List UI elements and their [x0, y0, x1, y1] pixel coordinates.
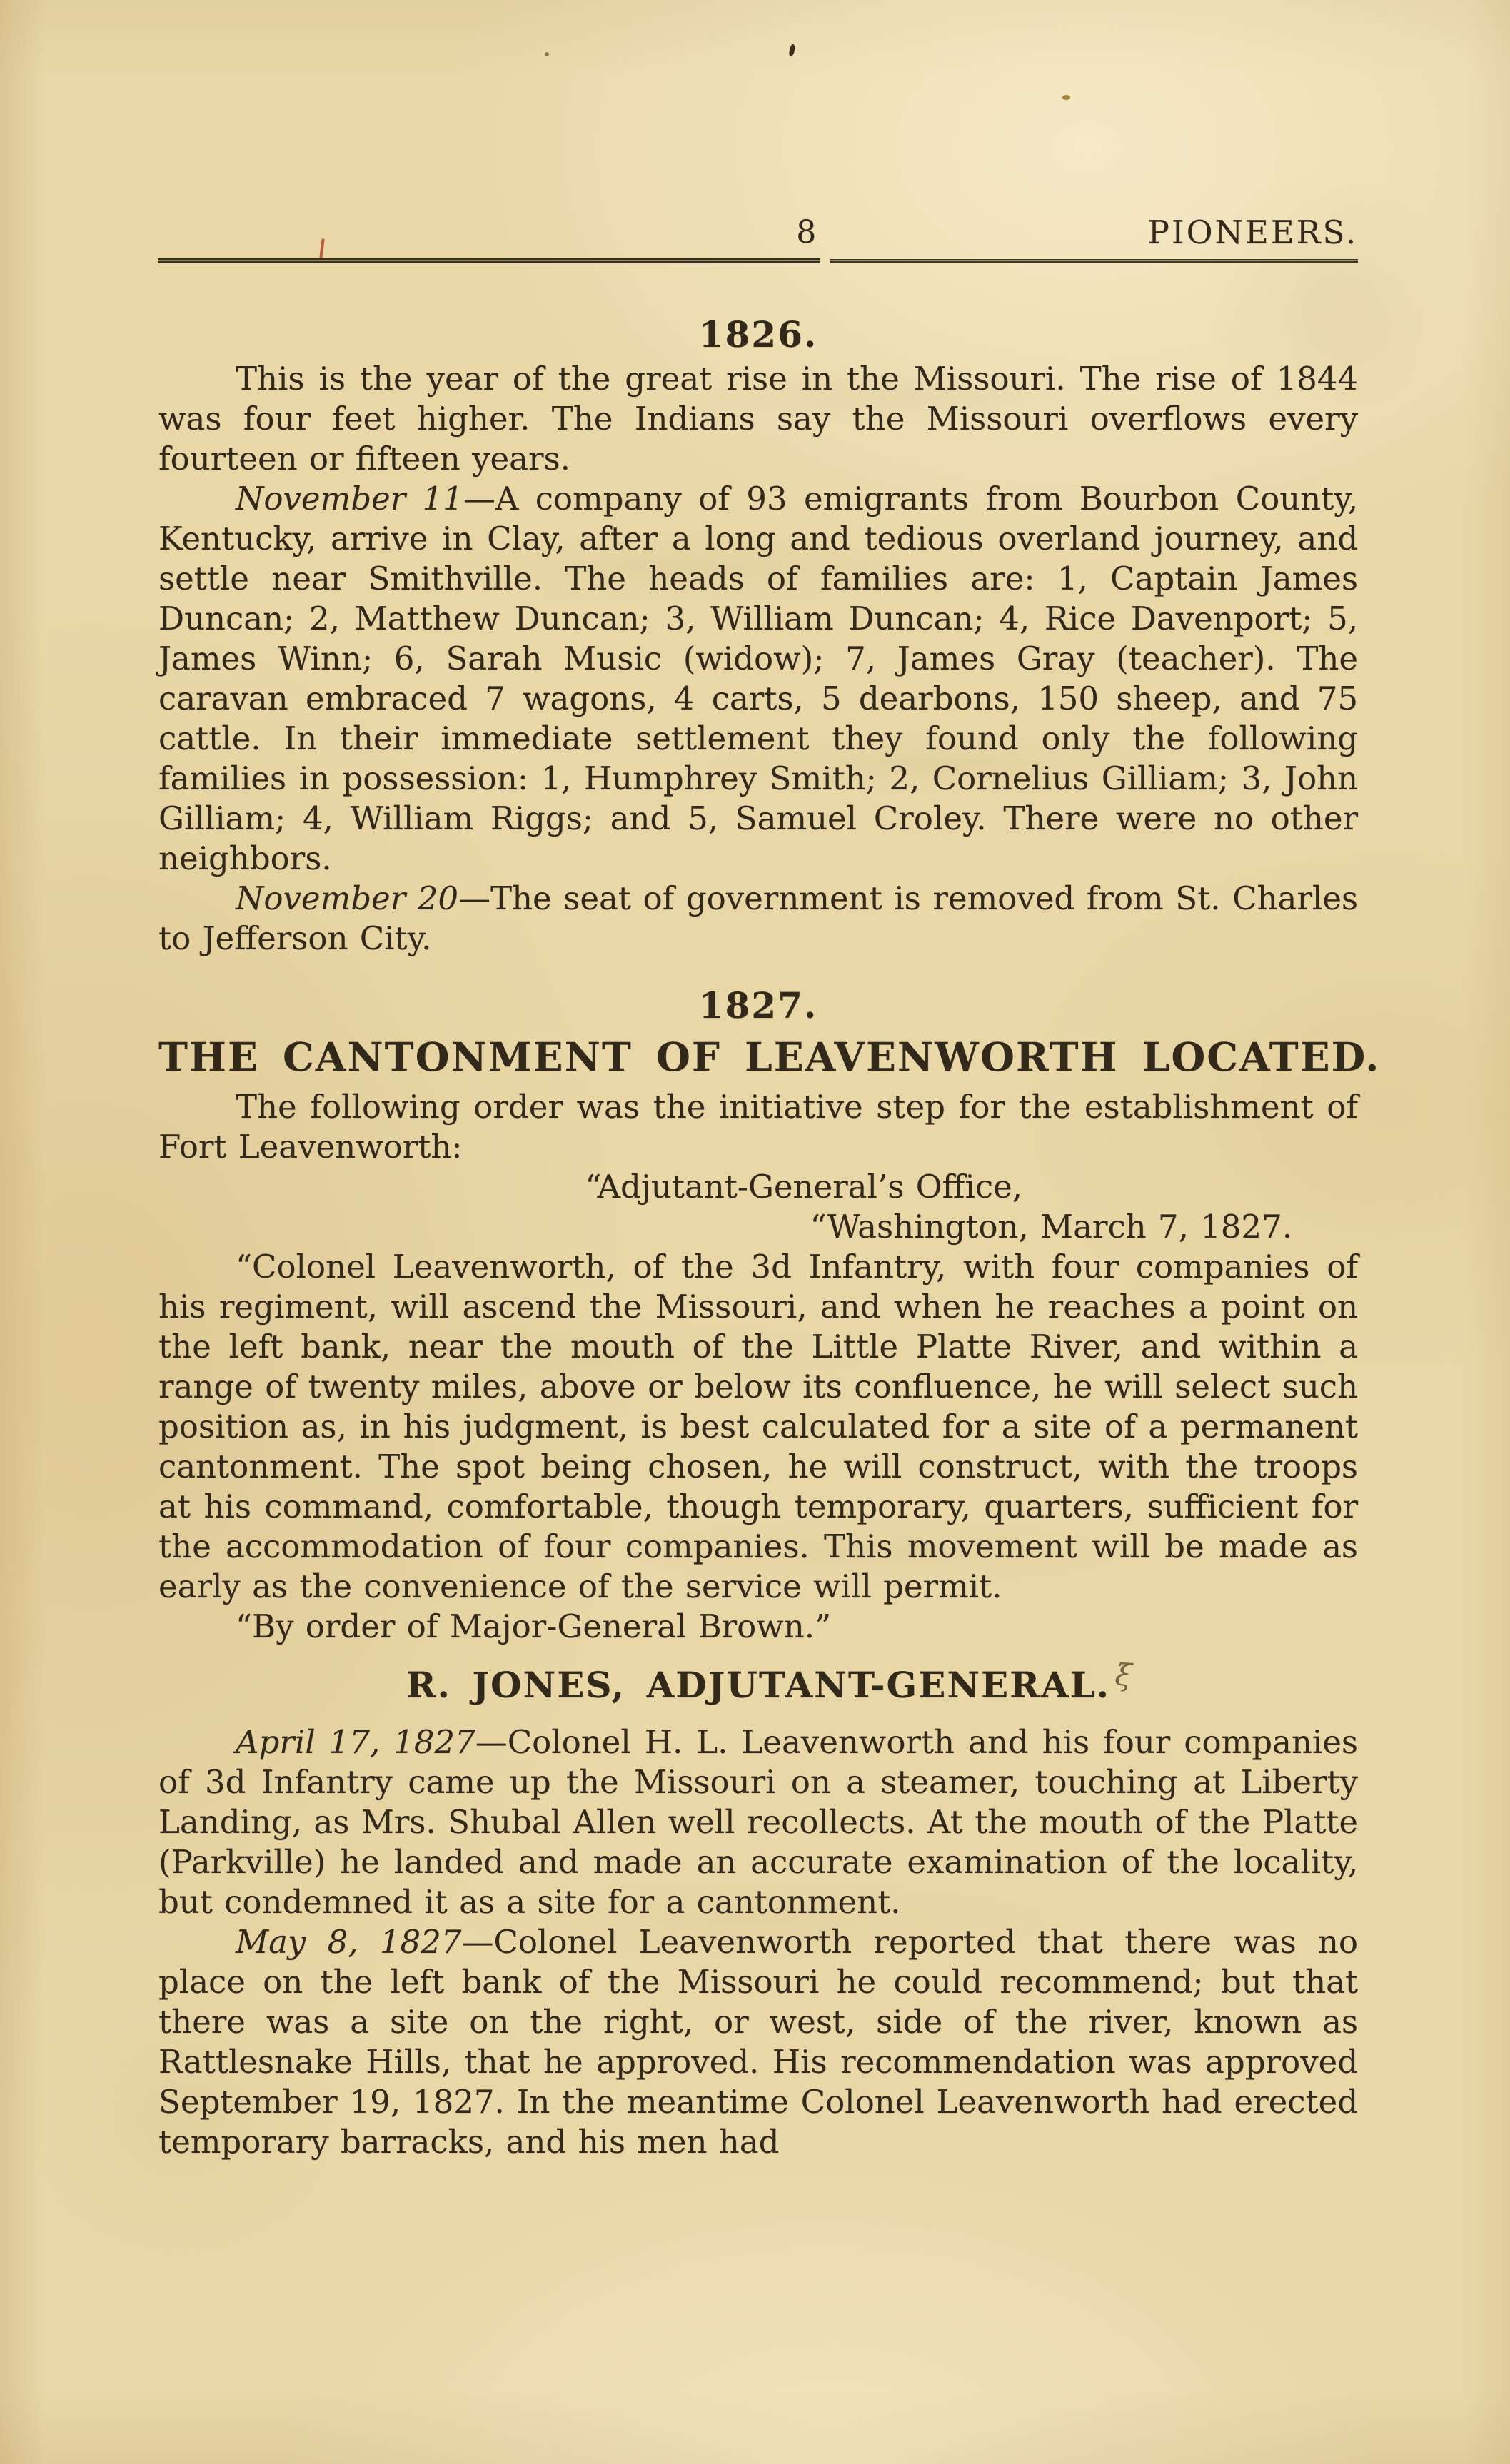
letter-address-line-1: “Adjutant-General’s Office,	[158, 1167, 1358, 1207]
paragraph-november-11: November 11—A company of 93 emigrants fr…	[158, 479, 1358, 879]
ink-speck	[788, 44, 796, 56]
letter-address-line-2: “Washington, March 7, 1827.	[158, 1207, 1358, 1247]
section-heading-cantonment: THE CANTONMENT OF LEAVENWORTH LOCATED.	[158, 1037, 1358, 1077]
paragraph-text: “Colonel Leavenworth, of the 3d Infantry…	[158, 1248, 1358, 1605]
page-number: 8	[796, 213, 816, 253]
running-title: PIONEERS.	[1148, 213, 1358, 253]
year-heading-1827: 1827.	[158, 986, 1358, 1026]
signature-heading: R. JONES, ADJUTANT-GENERAL.	[158, 1665, 1358, 1705]
paragraph-great-rise: This is the year of the great rise in th…	[158, 359, 1358, 479]
book-page: 8 PIONEERS. 1826. This is the year of th…	[0, 0, 1510, 2464]
paragraph-text: —A company of 93 emigrants from Bourbon …	[158, 480, 1358, 877]
paragraph-may-8: May 8, 1827—Colonel Leavenworth reported…	[158, 1922, 1358, 2162]
date-lead-may-8: May 8, 1827	[236, 1923, 461, 1961]
header-rule-left-segment	[158, 258, 820, 263]
paper-stain-speck	[1062, 95, 1070, 100]
paper-speck	[545, 52, 549, 56]
letter-closing: “By order of Major-General Brown.”	[158, 1607, 1358, 1647]
text-block: 8 PIONEERS. 1826. This is the year of th…	[158, 213, 1358, 2162]
paragraph-text: This is the year of the great rise in th…	[158, 360, 1358, 478]
year-heading-1826: 1826.	[158, 315, 1358, 355]
letter-body: “Colonel Leavenworth, of the 3d Infantry…	[158, 1247, 1358, 1607]
date-lead-april-17: April 17, 1827	[236, 1723, 475, 1761]
paragraph-text: The following order was the initiative s…	[158, 1088, 1358, 1166]
header-rule-right-segment	[830, 259, 1358, 263]
date-lead-november-20: November 20	[236, 879, 458, 917]
header-rule	[158, 258, 1358, 263]
page-header: 8 PIONEERS.	[158, 213, 1358, 250]
paragraph-order-intro: The following order was the initiative s…	[158, 1087, 1358, 1167]
paragraph-april-17: April 17, 1827—Colonel H. L. Leavenworth…	[158, 1722, 1358, 1922]
paragraph-november-20: November 20—The seat of government is re…	[158, 879, 1358, 959]
date-lead-november-11: November 11	[236, 480, 463, 517]
